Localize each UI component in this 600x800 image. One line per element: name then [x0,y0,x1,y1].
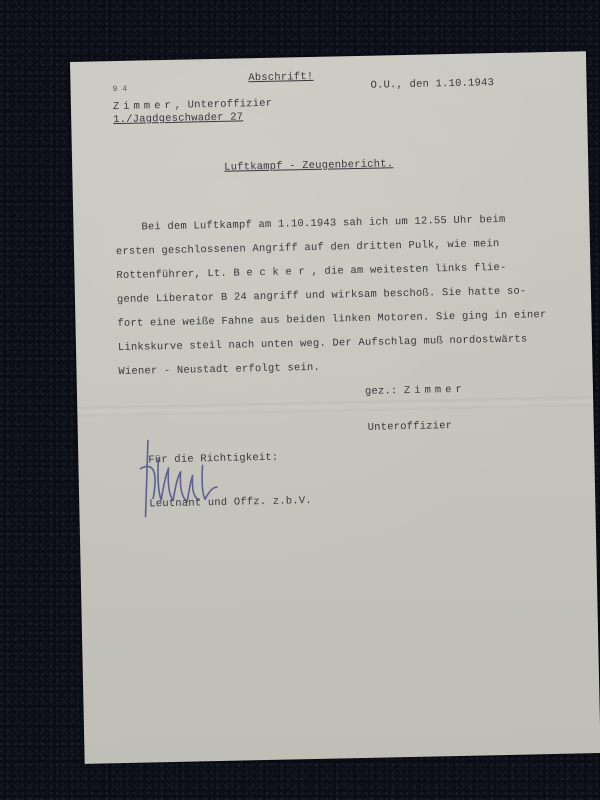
body-line: Wiener - Neustadt erfolgt sein. [118,357,320,385]
sender-line: Zimmer, Unteroffizier [113,98,273,113]
corner-mark: 9 4 [112,85,127,94]
document-page: 9 4 Abschrift! O.U., den 1.10.1943 Zimme… [70,51,600,764]
header-label: Abschrift! [248,71,313,84]
document-title: Luftkampf - Zeugenbericht. [224,158,393,174]
place-date: O.U., den 1.10.1943 [370,77,494,92]
sender-rank: , Unteroffizier [175,98,273,112]
paper-fold [77,396,593,417]
signed-prefix: gez.: [365,385,398,398]
signed-rank: Unteroffizier [368,420,453,434]
signed-line: gez.: Zimmer [365,384,466,398]
sender-unit: 1./Jagdgeschwader 27 [113,111,243,126]
signed-name: Zimmer [404,384,466,397]
certifier-title: Leutnant und Offz. z.b.V. [149,495,312,510]
sender-name: Zimmer [113,100,175,113]
